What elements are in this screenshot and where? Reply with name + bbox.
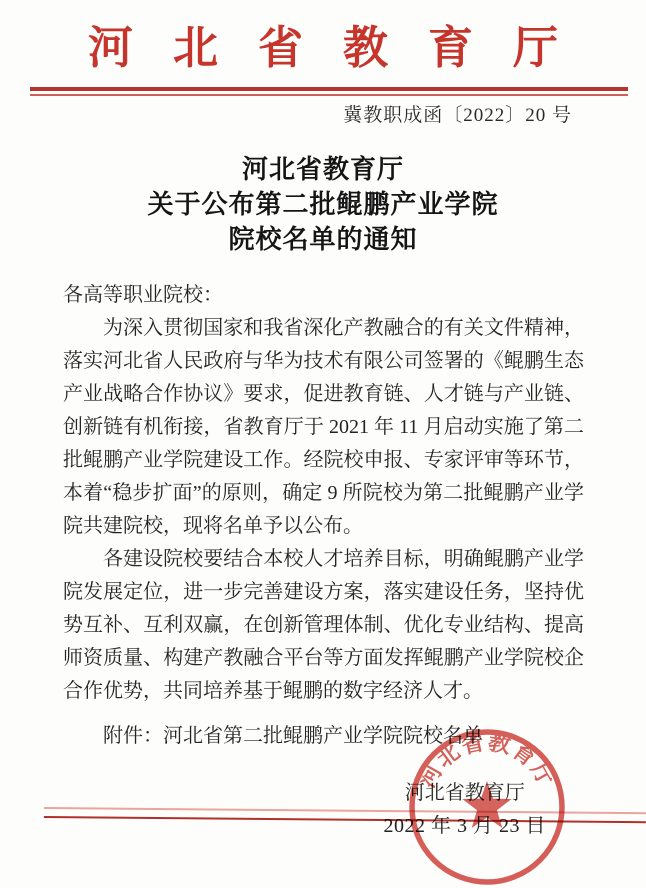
letterhead-agency-title: 河北省教育厅 <box>0 22 646 74</box>
document-number: 冀教职成函〔2022〕20 号 <box>0 103 646 129</box>
letterhead-rule <box>30 87 628 96</box>
document-page: 河北省教育厅 冀教职成函〔2022〕20 号 河北省教育厅 关于公布第二批鲲鹏产… <box>0 0 646 888</box>
attachment-line: 附件：河北省第二批鲲鹏产业学院院校名单 <box>63 720 584 753</box>
letterhead-rule-thick <box>30 87 628 91</box>
notice-title: 河北省教育厅 关于公布第二批鲲鹏产业学院 院校名单的通知 <box>0 152 646 257</box>
signature-date: 2022 年 3 月 23 日 <box>384 810 547 843</box>
signature-agency: 河北省教育厅 <box>384 777 547 810</box>
notice-title-line-1: 河北省教育厅 <box>0 152 646 187</box>
letterhead-rule-thin <box>30 94 628 96</box>
salutation: 各高等职业院校： <box>63 279 584 312</box>
notice-title-line-3: 院校名单的通知 <box>0 222 646 257</box>
body-paragraph-1: 为深入贯彻国家和我省深化产教融合的有关文件精神，落实河北省人民政府与华为技术有限… <box>63 312 584 543</box>
bottom-red-rule <box>44 807 646 823</box>
document-body: 各高等职业院校： 为深入贯彻国家和我省深化产教融合的有关文件精神，落实河北省人民… <box>63 279 584 753</box>
body-paragraph-2: 各建设院校要结合本校人才培养目标，明确鲲鹏产业学院发展定位，进一步完善建设方案，… <box>63 543 584 708</box>
notice-title-line-2: 关于公布第二批鲲鹏产业学院 <box>0 187 646 222</box>
signature-block: 河北省教育厅 2022 年 3 月 23 日 <box>384 777 547 843</box>
